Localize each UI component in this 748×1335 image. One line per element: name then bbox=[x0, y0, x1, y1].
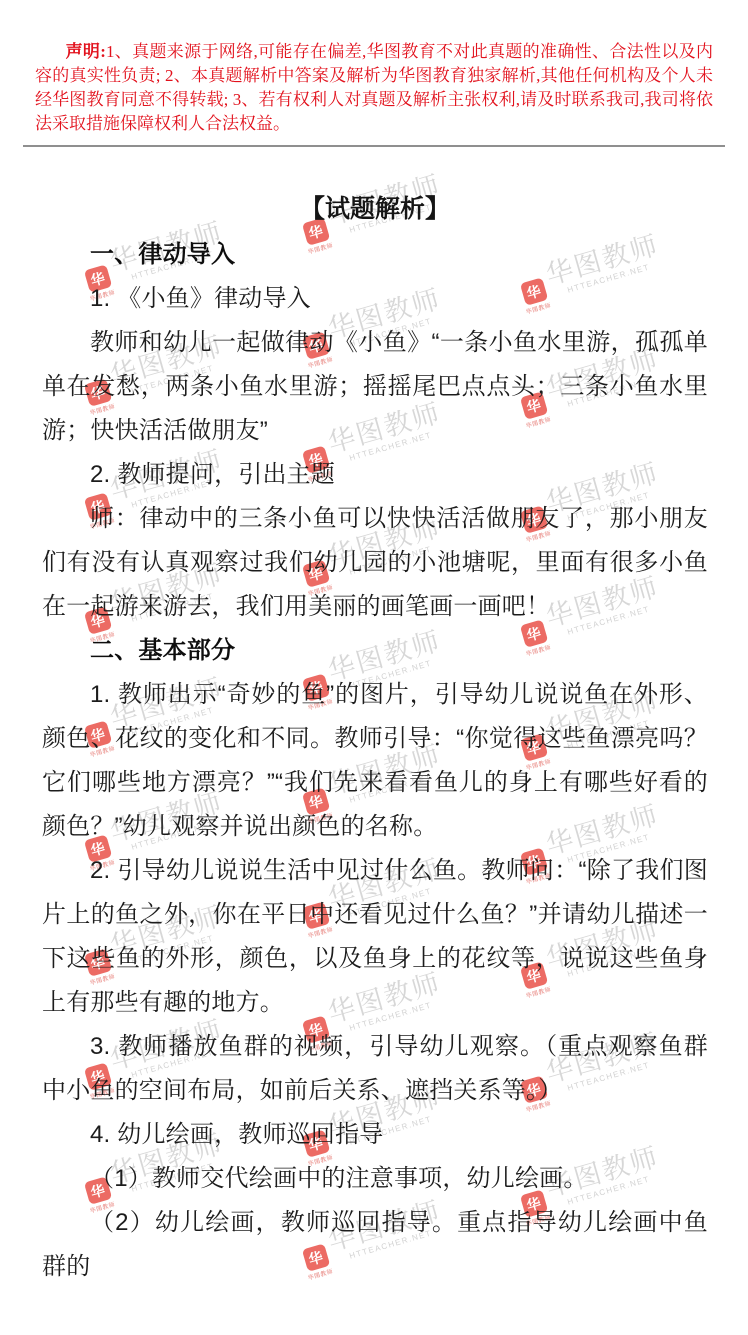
section-heading: 二、基本部分 bbox=[42, 629, 708, 673]
paragraph: 3. 教师播放鱼群的视频，引导幼儿观察。（重点观察鱼群中小鱼的空间布局，如前后关… bbox=[42, 1025, 708, 1113]
header-divider bbox=[23, 145, 725, 147]
paragraph: 教师和幼儿一起做律动《小鱼》“一条小鱼水里游，孤孤单单在发愁，两条小鱼水里游；摇… bbox=[42, 321, 708, 453]
disclaimer-text: 声明:1、真题来源于网络,可能存在偏差,华图教育不对此真题的准确性、合法性以及内… bbox=[0, 0, 748, 136]
disclaimer-body: 1、真题来源于网络,可能存在偏差,华图教育不对此真题的准确性、合法性以及内容的真… bbox=[35, 42, 713, 133]
page-title: 【试题解析】 bbox=[42, 191, 708, 227]
paragraph: （2）幼儿绘画，教师巡回指导。重点指导幼儿绘画中鱼群的 bbox=[42, 1201, 708, 1289]
paragraph: 1. 《小鱼》律动导入 bbox=[42, 277, 708, 321]
paragraph: 2. 教师提问，引出主题 bbox=[42, 453, 708, 497]
section-heading: 一、律动导入 bbox=[42, 233, 708, 277]
paragraph: （1）教师交代绘画中的注意事项，幼儿绘画。 bbox=[42, 1157, 708, 1201]
disclaimer-label: 声明: bbox=[66, 42, 106, 61]
paragraph: 4. 幼儿绘画，教师巡回指导 bbox=[42, 1113, 708, 1157]
document-content: 声明:1、真题来源于网络,可能存在偏差,华图教育不对此真题的准确性、合法性以及内… bbox=[0, 0, 748, 1289]
document-body: 一、律动导入1. 《小鱼》律动导入教师和幼儿一起做律动《小鱼》“一条小鱼水里游，… bbox=[42, 233, 708, 1289]
paragraph: 师：律动中的三条小鱼可以快快活活做朋友了，那小朋友们有没有认真观察过我们幼儿园的… bbox=[42, 497, 708, 629]
paragraph: 1. 教师出示“奇妙的鱼”的图片，引导幼儿说说鱼在外形、颜色、花纹的变化和不同。… bbox=[42, 673, 708, 849]
document-page: 华华图教师华图教师HTTEACHER.NET华华图教师华图教师HTTEACHER… bbox=[0, 0, 748, 1335]
paragraph: 2. 引导幼儿说说生活中见过什么鱼。教师问：“除了我们图片上的鱼之外，你在平日中… bbox=[42, 849, 708, 1025]
